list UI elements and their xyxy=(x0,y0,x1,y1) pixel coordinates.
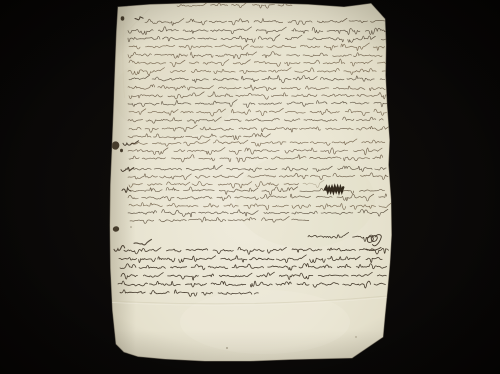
manuscript-photo: Photograph of an early autograph manuscr… xyxy=(0,0,500,374)
photo-vignette xyxy=(0,0,500,374)
manuscript-letter xyxy=(0,0,500,374)
